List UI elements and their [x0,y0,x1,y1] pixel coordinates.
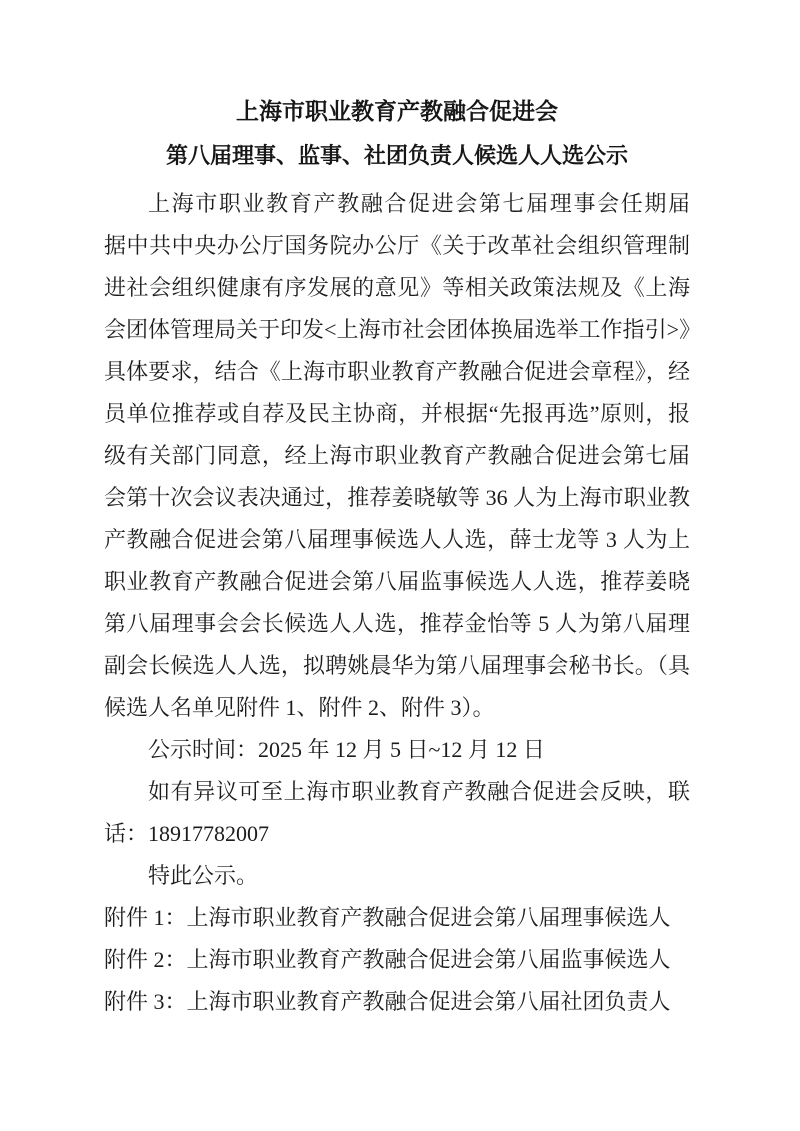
document-content: 上海市职业教育产教融合促进会 第八届理事、监事、社团负责人候选人人选公示 上海市… [0,0,800,1023]
body-line: 特此公示。 [104,855,690,897]
body-line: 职业教育产教融合促进会第八届监事候选人人选，推荐姜晓敏为 [104,561,690,603]
body-line: 会团体管理局关于印发<上海市社会团体换届选举工作指引>》的 [104,309,690,351]
document-subtitle: 第八届理事、监事、社团负责人候选人人选公示 [104,141,690,171]
body-line: 级有关部门同意，经上海市职业教育产教融合促进会第七届理事 [104,435,690,477]
body-line: 第八届理事会会长候选人人选，推荐金怡等 5 人为第八届理事会 [104,603,690,645]
document-body: 上海市职业教育产教融合促进会第七届理事会任期届满，根据中共中央办公厅国务院办公厅… [104,183,690,1023]
body-line: 产教融合促进会第八届理事候选人人选，薛士龙等 3 人为上海市 [104,519,690,561]
body-line: 具体要求，结合《上海市职业教育产教融合促进会章程》，经会 [104,351,690,393]
document-page: 上海市职业教育产教融合促进会 第八届理事、监事、社团负责人候选人人选公示 上海市… [0,0,800,1131]
body-line: 候选人名单见附件 1、附件 2、附件 3）。 [104,687,690,729]
body-line: 副会长候选人人选，拟聘姚晨华为第八届理事会秘书长。（具体 [104,645,690,687]
body-line: 如有异议可至上海市职业教育产教融合促进会反映，联系电 [104,771,690,813]
body-line: 话：18917782007 [104,813,690,855]
body-line: 公示时间：2025 年 12 月 5 日~12 月 12 日 [104,729,690,771]
body-line: 附件 3：上海市职业教育产教融合促进会第八届社团负责人候选 [104,981,690,1023]
body-line: 员单位推荐或自荐及民主协商，并根据“先报再选”原则，报上 [104,393,690,435]
document-title: 上海市职业教育产教融合促进会 [104,96,690,126]
body-line: 附件 1：上海市职业教育产教融合促进会第八届理事候选人名单 [104,897,690,939]
body-line: 据中共中央办公厅国务院办公厅《关于改革社会组织管理制度促 [104,225,690,267]
body-line: 附件 2：上海市职业教育产教融合促进会第八届监事候选人名单 [104,939,690,981]
body-line: 上海市职业教育产教融合促进会第七届理事会任期届满，根 [104,183,690,225]
body-line: 会第十次会议表决通过，推荐姜晓敏等 36 人为上海市职业教育 [104,477,690,519]
body-line: 进社会组织健康有序发展的意见》等相关政策法规及《上海市社 [104,267,690,309]
